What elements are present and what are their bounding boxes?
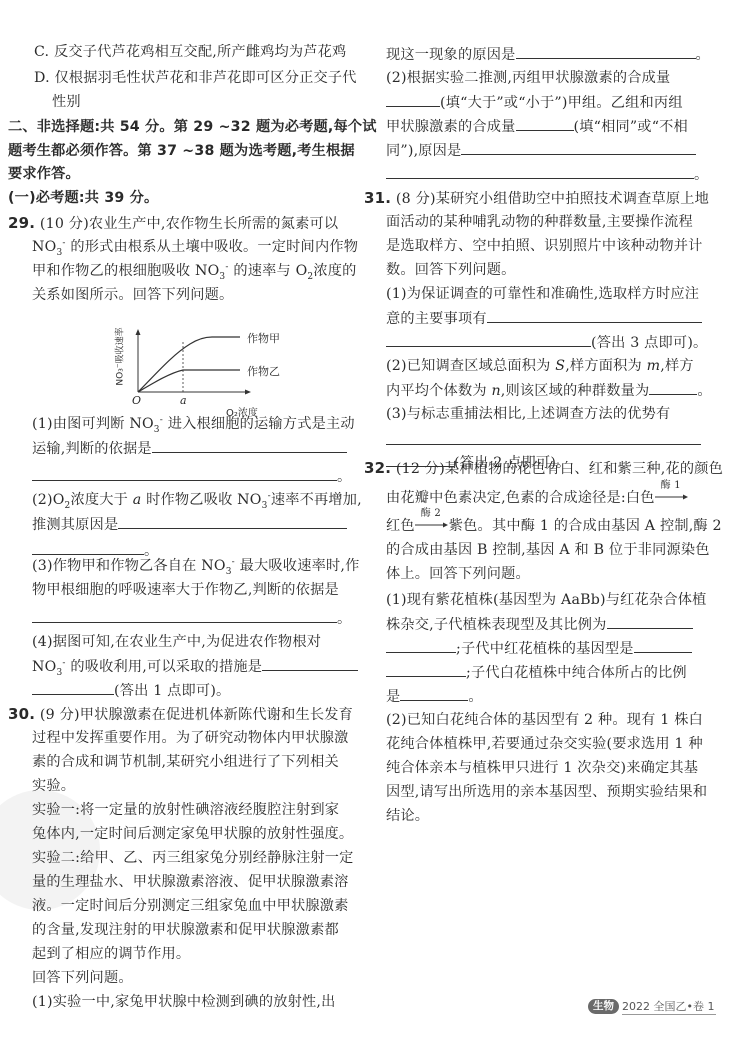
option-d-cont: 性别 xyxy=(52,92,81,112)
y-axis-label: NO₃⁻吸收速率 xyxy=(113,327,126,385)
q30-sub2-line5: 。 xyxy=(386,164,708,185)
q29-sub3-line3: 。 xyxy=(32,608,351,629)
q31-sub3-line2 xyxy=(386,430,701,451)
q29-sub2-line2: 推测其原因是 xyxy=(32,514,347,535)
q30-sub2-line3: 甲状腺激素的合成量(填“相同”或“不相 xyxy=(386,116,688,137)
q30-line1: 30. (9 分)甲状腺激素在促进机体新陈代谢和生长发育 xyxy=(8,704,353,725)
reaction-arrow-enzyme2: 酶 2 xyxy=(415,516,449,530)
section-heading-cont: 题考生都必须作答。第 37 ~38 题为选考题,考生根据 xyxy=(8,141,355,161)
q32-sub2-line2: 花纯合体植株甲,若要通过杂交实验(要求选用 1 种 xyxy=(386,734,703,754)
q29-sub4-line2: NO3- 的吸收利用,可以采取的措施是 xyxy=(32,656,358,677)
answer-blank[interactable] xyxy=(634,638,692,653)
q29-sub4-line3: (答出 1 点即可)。 xyxy=(32,680,230,701)
answer-blank[interactable] xyxy=(118,514,347,529)
answer-blank[interactable] xyxy=(607,614,693,629)
q32-line5: 体上。回答下列问题。 xyxy=(386,564,530,584)
x-marker-a: a xyxy=(180,394,187,407)
answer-blank[interactable] xyxy=(649,380,697,395)
q30-sub2-line1: (2)根据实验二推测,丙组甲状腺激素的合成量 xyxy=(386,68,670,88)
q31-sub1-line2: 意的主要事项有 xyxy=(386,308,702,329)
answer-blank[interactable] xyxy=(487,308,702,323)
q32-sub1-line4: ;子代白花植株中纯合体所占的比例 xyxy=(386,662,687,683)
q30-sub1-line1: (1)实验一中,家兔甲状腺中检测到碘的放射性,出 xyxy=(32,992,335,1012)
q30-number: 30. xyxy=(8,705,35,723)
q31-sub3-line1: (3)与标志重捕法相比,上述调查方法的优势有 xyxy=(386,404,670,424)
answer-blank[interactable] xyxy=(386,430,701,445)
q29-line1: 29. (10 分)农业生产中,农作物生长所需的氮素可以 xyxy=(8,213,338,234)
subject-badge: 生物 xyxy=(588,999,619,1014)
q29-sub1-line2: 运输,判断的依据是 xyxy=(32,438,347,459)
q32-line4: 的合成由基因 B 控制,基因 A 和 B 位于非同源染色 xyxy=(386,540,710,560)
q32-sub2-line1: (2)已知白花纯合体的基因型有 2 种。现有 1 株白 xyxy=(386,710,703,730)
origin-label: O xyxy=(132,394,141,407)
page-footer: 生物 2022 全国乙•卷 1 xyxy=(588,998,716,1014)
q31-line1: 31. (8 分)某研究小组借助空中拍照技术调查草原上地 xyxy=(364,188,709,209)
q30-exp2-line3: 液。一定时间后分别测定三组家兔血中甲状腺激素 xyxy=(32,896,349,916)
answer-blank[interactable] xyxy=(461,140,696,155)
q29-sub1-line1: (1)由图可判断 NO3- 进入根细胞的运输方式是主动 xyxy=(32,414,355,434)
option-c: C. 反交子代芦花鸡相互交配,所产雌鸡均为芦花鸡 xyxy=(34,42,346,62)
answer-blank[interactable] xyxy=(32,466,337,481)
q31-line4: 数。回答下列问题。 xyxy=(386,260,516,280)
uptake-rate-chart: 作物甲 作物乙 O a O₂浓度 NO₃⁻吸收速率 xyxy=(100,320,280,420)
q29-line3: 甲和作物乙的根细胞吸收 NO3- 的速率与 O2浓度的 xyxy=(32,261,357,281)
q30-sub1-line2: 现这一现象的原因是。 xyxy=(386,44,710,65)
exam-page: C. 反交子代芦花鸡相互交配,所产雌鸡均为芦花鸡 D. 仅根据羽毛性状芦花和非芦… xyxy=(0,0,750,1060)
q30-line4: 实验。 xyxy=(32,776,75,796)
answer-blank[interactable] xyxy=(400,686,468,701)
answer-blank[interactable] xyxy=(516,44,696,59)
q31-line2: 面活动的某种哺乳动物的种群数量,主要操作流程 xyxy=(386,212,693,232)
answer-blank[interactable] xyxy=(386,332,591,347)
q31-sub1-line3: (答出 3 点即可)。 xyxy=(386,332,707,353)
q29-sub4-line1: (4)据图可知,在农业生产中,为促进农作物根对 xyxy=(32,632,321,652)
answer-blank[interactable] xyxy=(516,116,574,131)
q32-line3: 红色酶 2紫色。其中酶 1 的合成由基因 A 控制,酶 2 xyxy=(386,516,722,536)
q32-sub1-line3: ;子代中红花植株的基因型是 xyxy=(386,638,692,659)
q31-sub2-line2: 内平均个体数为 n,则该区域的种群数量为。 xyxy=(386,380,712,401)
q29-sub3-line2: 物甲根细胞的呼吸速率大于作物乙,判断的依据是 xyxy=(32,580,339,600)
reaction-arrow-enzyme1: 酶 1 xyxy=(655,488,689,502)
q30-sub2-line2: (填“大于”或“小于”)甲组。乙组和丙组 xyxy=(386,92,683,113)
q32-sub2-line3: 纯合体亲本与植株甲只进行 1 次杂交)来确定其基 xyxy=(386,758,698,778)
section-heading: 二、非选择题:共 54 分。第 29 ~32 题为必考题,每个试 xyxy=(8,117,377,137)
q32-number: 32. xyxy=(364,459,391,477)
answer-blank[interactable] xyxy=(386,92,440,107)
answer-blank[interactable] xyxy=(32,608,337,623)
q30-exp1-line2: 兔体内,一定时间后测定家兔甲状腺的放射性强度。 xyxy=(32,824,353,844)
sub-section-heading: (一)必考题:共 39 分。 xyxy=(8,188,158,208)
q31-line3: 是选取样方、空中拍照、识别照片中该种动物并计 xyxy=(386,236,703,256)
answer-blank[interactable] xyxy=(386,662,466,677)
q31-number: 31. xyxy=(364,189,391,207)
q30-exp2-line4: 的含量,发现注射的甲状腺激素和促甲状腺激素都 xyxy=(32,920,339,940)
q30-prompt: 回答下列问题。 xyxy=(32,968,133,988)
series-label-crop-a: 作物甲 xyxy=(247,330,280,346)
q29-sub2-line1: (2)O2浓度大于 a 时作物乙吸收 NO3-速率不再增加, xyxy=(32,490,362,510)
q29-sub3-line1: (3)作物甲和作物乙各自在 NO3- 最大吸收速率时,作 xyxy=(32,556,359,576)
q32-sub1-line5: 是。 xyxy=(386,686,483,707)
q30-line3: 素的合成和调节机制,某研究小组进行了下列相关 xyxy=(32,752,339,772)
q31-sub1-line1: (1)为保证调查的可靠性和准确性,选取样方时应注 xyxy=(386,284,699,304)
q29-sub1-line3: 。 xyxy=(32,466,351,487)
section-heading-cont2: 要求作答。 xyxy=(8,164,80,184)
q32-sub1-line1: (1)现有紫花植株(基因型为 AaBb)与红花杂合体植 xyxy=(386,590,706,610)
answer-blank[interactable] xyxy=(386,164,694,179)
q30-sub2-line4: 同”),原因是 xyxy=(386,140,696,161)
q30-exp2-line2: 量的生理盐水、甲状腺激素溶液、促甲状腺激素溶 xyxy=(32,872,349,892)
q31-sub2-line1: (2)已知调查区域总面积为 S,样方面积为 m,样方 xyxy=(386,356,694,376)
q30-line2: 过程中发挥重要作用。为了研究动物体内甲状腺激 xyxy=(32,728,349,748)
q30-exp2-line5: 起到了相应的调节作用。 xyxy=(32,944,190,964)
q32-sub1-line2: 株杂交,子代植株表现型及其比例为 xyxy=(386,614,693,635)
q29-line4: 关系如图所示。回答下列问题。 xyxy=(32,285,233,305)
q29-number: 29. xyxy=(8,214,35,232)
answer-blank[interactable] xyxy=(386,638,456,653)
answer-blank[interactable] xyxy=(262,656,358,671)
q32-sub2-line5: 结论。 xyxy=(386,806,429,826)
q29-line2: NO3- 的形式由根系从土壤中吸收。一定时间内作物 xyxy=(32,237,358,257)
answer-blank[interactable] xyxy=(152,438,347,453)
answer-blank[interactable] xyxy=(32,680,114,695)
answer-blank[interactable] xyxy=(32,540,144,555)
q30-exp2-line1: 实验二:给甲、乙、丙三组家兔分别经静脉注射一定 xyxy=(32,848,354,868)
series-label-crop-b: 作物乙 xyxy=(247,363,280,379)
option-d: D. 仅根据羽毛性状芦花和非芦花即可区分正交子代 xyxy=(34,68,357,88)
q32-sub2-line4: 因型,请写出所选用的亲本基因型、预期实验结果和 xyxy=(386,782,707,802)
q30-exp1-line1: 实验一:将一定量的放射性碘溶液经腹腔注射到家 xyxy=(32,800,339,820)
exam-label: 2022 全国乙•卷 1 xyxy=(622,998,716,1015)
